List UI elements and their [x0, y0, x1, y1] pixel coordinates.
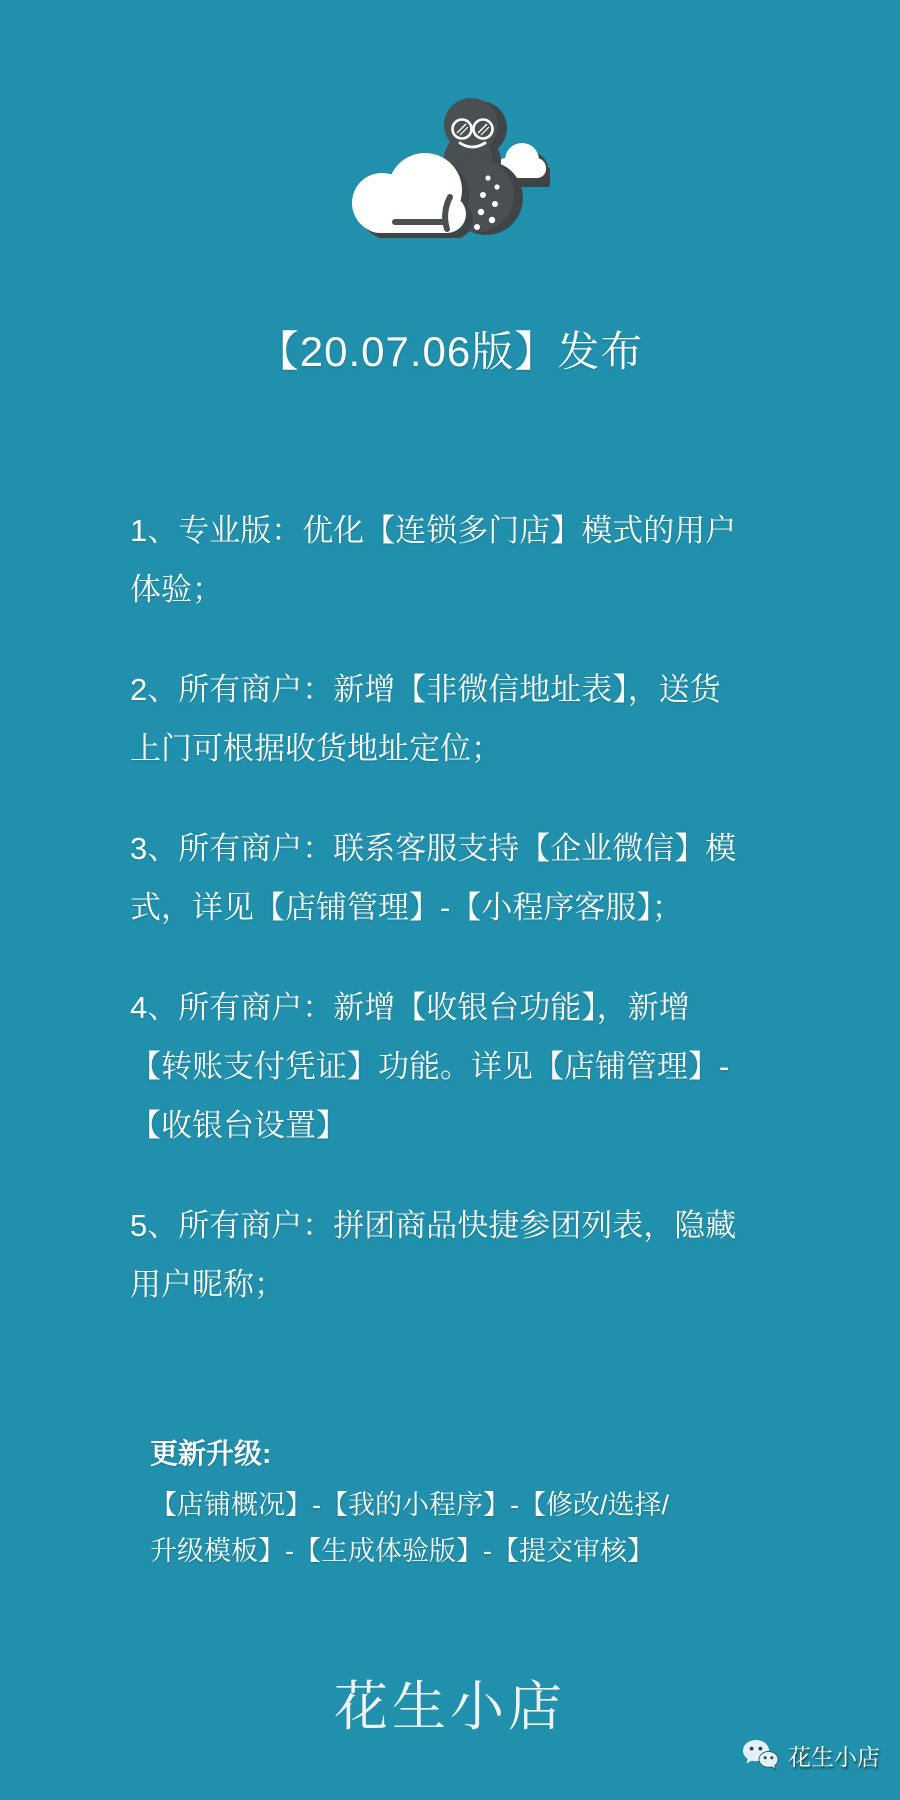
release-note-poster: 【20.07.06版】发布 1、专业版：优化【连锁多门店】模式的用户 体验； 2… — [0, 0, 900, 1800]
update-item-3: 3、所有商户：联系客服支持【企业微信】模 式，详见【店铺管理】-【小程序客服】； — [130, 819, 780, 937]
update-item-1: 1、专业版：优化【连锁多门店】模式的用户 体验； — [130, 501, 780, 619]
update-item-5: 5、所有商户：拼团商品快捷参团列表，隐藏 用户昵称； — [130, 1196, 780, 1314]
page-title: 【20.07.06版】发布 — [0, 319, 900, 379]
watermark-label: 花生小店 — [788, 1739, 880, 1772]
wechat-icon — [742, 1739, 779, 1772]
update-item-4: 4、所有商户：新增【收银台功能】，新增 【转账支付凭证】功能。详见【店铺管理】-… — [130, 978, 780, 1155]
wechat-watermark: 花生小店 — [742, 1739, 880, 1772]
update-item-2: 2、所有商户：新增【非微信地址表】，送货 上门可根据收货地址定位； — [130, 660, 780, 778]
peanut-cloud-logo — [350, 98, 550, 243]
upgrade-guide-path: 【店铺概况】-【我的小程序】-【修改/选择/ 升级模板】-【生成体验版】-【提交… — [150, 1482, 750, 1574]
upgrade-guide-label: 更新升级: — [150, 1434, 750, 1474]
brand-name: 花生小店 — [0, 1664, 900, 1741]
peanut-character-icon — [350, 98, 550, 238]
update-list: 1、专业版：优化【连锁多门店】模式的用户 体验； 2、所有商户：新增【非微信地址… — [130, 501, 780, 1314]
upgrade-guide: 更新升级: 【店铺概况】-【我的小程序】-【修改/选择/ 升级模板】-【生成体验… — [150, 1434, 750, 1574]
